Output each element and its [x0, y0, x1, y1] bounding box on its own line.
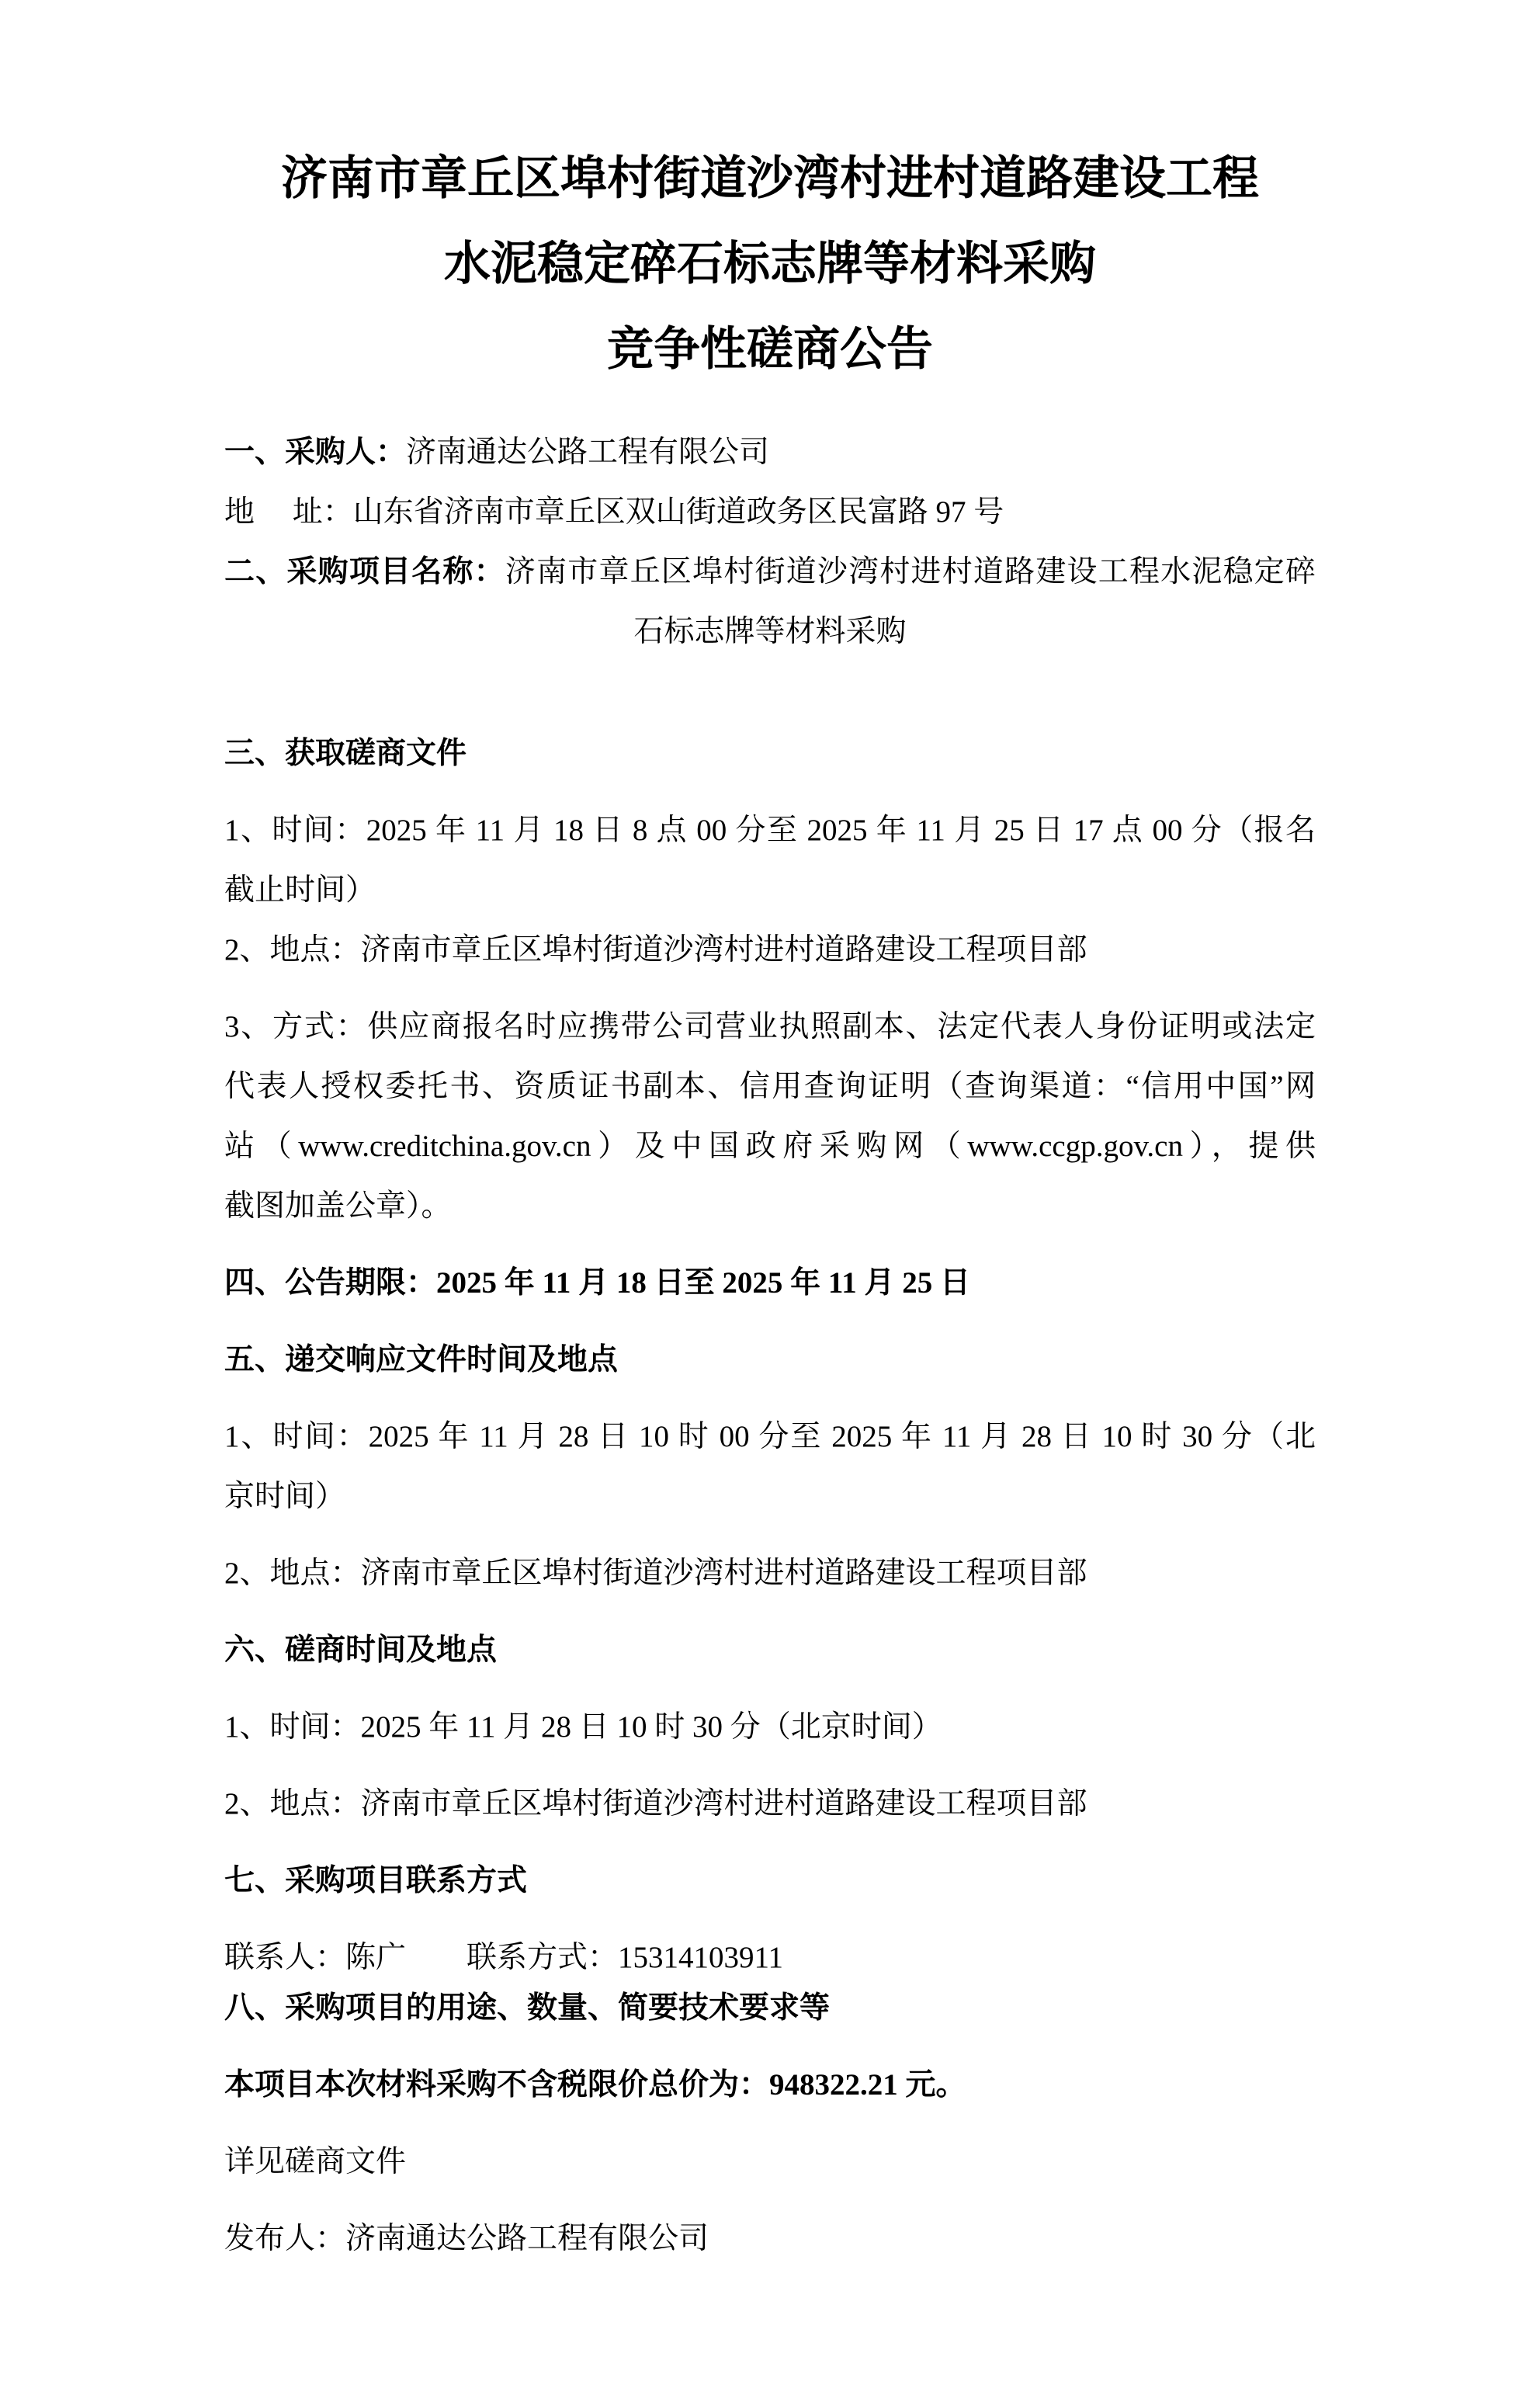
- price-limit-line: 本项目本次材料采购不含税限价总价为：948322.21 元。: [224, 2055, 1316, 2115]
- text-segment: 1、时间：2025 年 11 月 28 日 10 时 00 分至 2025 年 …: [224, 1420, 1316, 1453]
- s3-time-line-2: 截止时间）: [224, 860, 1316, 920]
- text-segment: 截图加盖公章）。: [224, 1189, 452, 1223]
- section-5-heading: 五、递交响应文件时间及地点: [224, 1330, 1316, 1390]
- s5-location-line: 2、地点：济南市章丘区埠村街道沙湾村进村道路建设工程项目部: [224, 1543, 1316, 1603]
- text-segment: 三、获取磋商文件: [224, 737, 467, 770]
- text-segment: 本项目本次材料采购不含税限价总价为：948322.21 元。: [224, 2068, 966, 2102]
- document-body: 一、采购人：济南通达公路工程有限公司地 址：山东省济南市章丘区双山街道政务区民富…: [224, 422, 1316, 2268]
- s6-time-line: 1、时间：2025 年 11 月 28 日 10 时 30 分（北京时间）: [224, 1697, 1316, 1757]
- see-document-line: 详见磋商文件: [224, 2132, 1316, 2192]
- text-segment: 2、地点：济南市章丘区埠村街道沙湾村进村道路建设工程项目部: [224, 1557, 1087, 1590]
- section-3-heading: 三、获取磋商文件: [224, 724, 1316, 783]
- text-segment: 石标志牌等材料采购: [633, 615, 906, 648]
- document-title: 济南市章丘区埠村街道沙湾村进村道路建设工程 水泥稳定碎石标志牌等材料采购 竞争性…: [224, 136, 1316, 392]
- s3-method-line-2: 代表人授权委托书、资质证书副本、信用查询证明（查询渠道：“信用中国”网: [224, 1057, 1316, 1116]
- s6-location-line: 2、地点：济南市章丘区埠村街道沙湾村进村道路建设工程项目部: [224, 1774, 1316, 1834]
- text-segment: 四、公告期限：2025 年 11 月 18 日至 2025 年 11 月 25 …: [224, 1266, 970, 1300]
- s3-method-line-4: 截图加盖公章）。: [224, 1176, 1316, 1236]
- text-segment: 3、方式：供应商报名时应携带公司营业执照副本、法定代表人身份证明或法定: [224, 1010, 1316, 1043]
- text-segment: 代表人授权委托书、资质证书副本、信用查询证明（查询渠道：“信用中国”网: [224, 1070, 1316, 1103]
- text-segment: 2、地点：济南市章丘区埠村街道沙湾村进村道路建设工程项目部: [224, 933, 1087, 967]
- text-segment: 截止时间）: [224, 873, 376, 907]
- section-6-heading: 六、磋商时间及地点: [224, 1620, 1316, 1680]
- text-segment: 站（www.creditchina.gov.cn）及中国政府采购网（www.cc…: [224, 1130, 1316, 1163]
- project-name-line-1: 二、采购项目名称：济南市章丘区埠村街道沙湾村进村道路建设工程水泥稳定碎: [224, 542, 1316, 602]
- section-8-heading: 八、采购项目的用途、数量、简要技术要求等: [224, 1978, 1316, 2038]
- document-page: 济南市章丘区埠村街道沙湾村进村道路建设工程 水泥稳定碎石标志牌等材料采购 竞争性…: [0, 0, 1540, 2402]
- s3-location-line: 2、地点：济南市章丘区埠村街道沙湾村进村道路建设工程项目部: [224, 920, 1316, 980]
- s5-time-line-1: 1、时间：2025 年 11 月 28 日 10 时 00 分至 2025 年 …: [224, 1407, 1316, 1467]
- s5-time-line-2: 京时间）: [224, 1467, 1316, 1526]
- section-4-announcement-period: 四、公告期限：2025 年 11 月 18 日至 2025 年 11 月 25 …: [224, 1253, 1316, 1313]
- s3-method-line-3: 站（www.creditchina.gov.cn）及中国政府采购网（www.cc…: [224, 1116, 1316, 1176]
- text-segment: 联系人：陈广 联系方式：15314103911: [224, 1941, 783, 1974]
- text-segment: 2、地点：济南市章丘区埠村街道沙湾村进村道路建设工程项目部: [224, 1787, 1087, 1821]
- text-segment: 1、时间：2025 年 11 月 28 日 10 时 30 分（北京时间）: [224, 1710, 942, 1744]
- document-title-line-2: 水泥稳定碎石标志牌等材料采购: [224, 221, 1316, 307]
- section-7-heading: 七、采购项目联系方式: [224, 1851, 1316, 1911]
- address-line: 地 址：山东省济南市章丘区双山街道政务区民富路 97 号: [224, 482, 1316, 542]
- s3-method-line-1: 3、方式：供应商报名时应携带公司营业执照副本、法定代表人身份证明或法定: [224, 997, 1316, 1057]
- text-segment: 1、时间：2025 年 11 月 18 日 8 点 00 分至 2025 年 1…: [224, 814, 1316, 847]
- publisher-line: 发布人：济南通达公路工程有限公司: [224, 2209, 1316, 2268]
- text-segment: 京时间）: [224, 1480, 345, 1513]
- s3-time-line-1: 1、时间：2025 年 11 月 18 日 8 点 00 分至 2025 年 1…: [224, 800, 1316, 860]
- text-segment: 详见磋商文件: [224, 2145, 406, 2178]
- text-segment: 济南市章丘区埠村街道沙湾村进村道路建设工程水泥稳定碎: [505, 555, 1316, 588]
- text-segment: 八、采购项目的用途、数量、简要技术要求等: [224, 1991, 830, 2025]
- text-segment: 二、采购项目名称：: [224, 555, 505, 588]
- text-segment: 一、采购人：: [224, 436, 406, 469]
- text-segment: 七、采购项目联系方式: [224, 1864, 527, 1897]
- text-segment: 五、递交响应文件时间及地点: [224, 1343, 618, 1376]
- text-segment: 地 址：山东省济南市章丘区双山街道政务区民富路 97 号: [224, 495, 1004, 529]
- text-segment: 发布人：济南通达公路工程有限公司: [224, 2222, 709, 2255]
- document-title-line-1: 济南市章丘区埠村街道沙湾村进村道路建设工程: [224, 136, 1316, 221]
- text-segment: 六、磋商时间及地点: [224, 1633, 497, 1667]
- project-name-line-2: 石标志牌等材料采购: [224, 602, 1316, 661]
- document-title-line-3: 竞争性磋商公告: [224, 307, 1316, 392]
- text-segment: 济南通达公路工程有限公司: [406, 436, 769, 469]
- buyer-line: 一、采购人：济南通达公路工程有限公司: [224, 422, 1316, 482]
